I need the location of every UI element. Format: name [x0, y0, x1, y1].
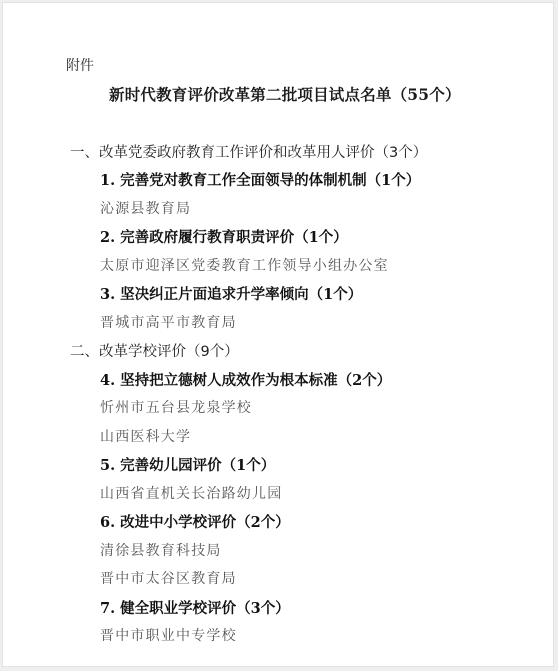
document-page: 附件 新时代教育评价改革第二批项目试点名单（55个） 一、改革党委政府教育工作评… [2, 2, 554, 667]
org-name: 忻州市五台县龙泉学校 [100, 397, 252, 417]
org-name: 清徐县教育科技局 [100, 540, 222, 560]
item-heading: 6. 改进中小学校评价（2个） [100, 511, 290, 532]
item-heading: 4. 坚持把立德树人成效作为根本标准（2个） [100, 369, 391, 390]
item-heading: 5. 完善幼儿园评价（1个） [100, 454, 275, 475]
org-name: 晋中市职业中专学校 [100, 625, 237, 645]
document-title: 新时代教育评价改革第二批项目试点名单（55个） [109, 83, 461, 105]
section-heading: 二、改革学校评价（9个） [70, 340, 239, 361]
org-name: 山西医科大学 [100, 426, 191, 446]
attachment-label: 附件 [66, 55, 94, 75]
item-heading: 2. 完善政府履行教育职责评价（1个） [100, 226, 348, 247]
org-name: 山西省直机关长治路幼儿园 [100, 483, 282, 503]
item-heading: 7. 健全职业学校评价（3个） [100, 597, 290, 618]
org-name: 晋城市高平市教育局 [100, 312, 237, 332]
org-name: 晋中市太谷区教育局 [100, 568, 237, 588]
section-heading: 一、改革党委政府教育工作评价和改革用人评价（3个） [70, 141, 427, 162]
item-heading: 1. 完善党对教育工作全面领导的体制机制（1个） [100, 169, 420, 190]
org-name: 沁源县教育局 [100, 198, 191, 218]
item-heading: 3. 坚决纠正片面追求升学率倾向（1个） [100, 283, 362, 304]
org-name: 太原市迎泽区党委教育工作领导小组办公室 [100, 255, 389, 275]
